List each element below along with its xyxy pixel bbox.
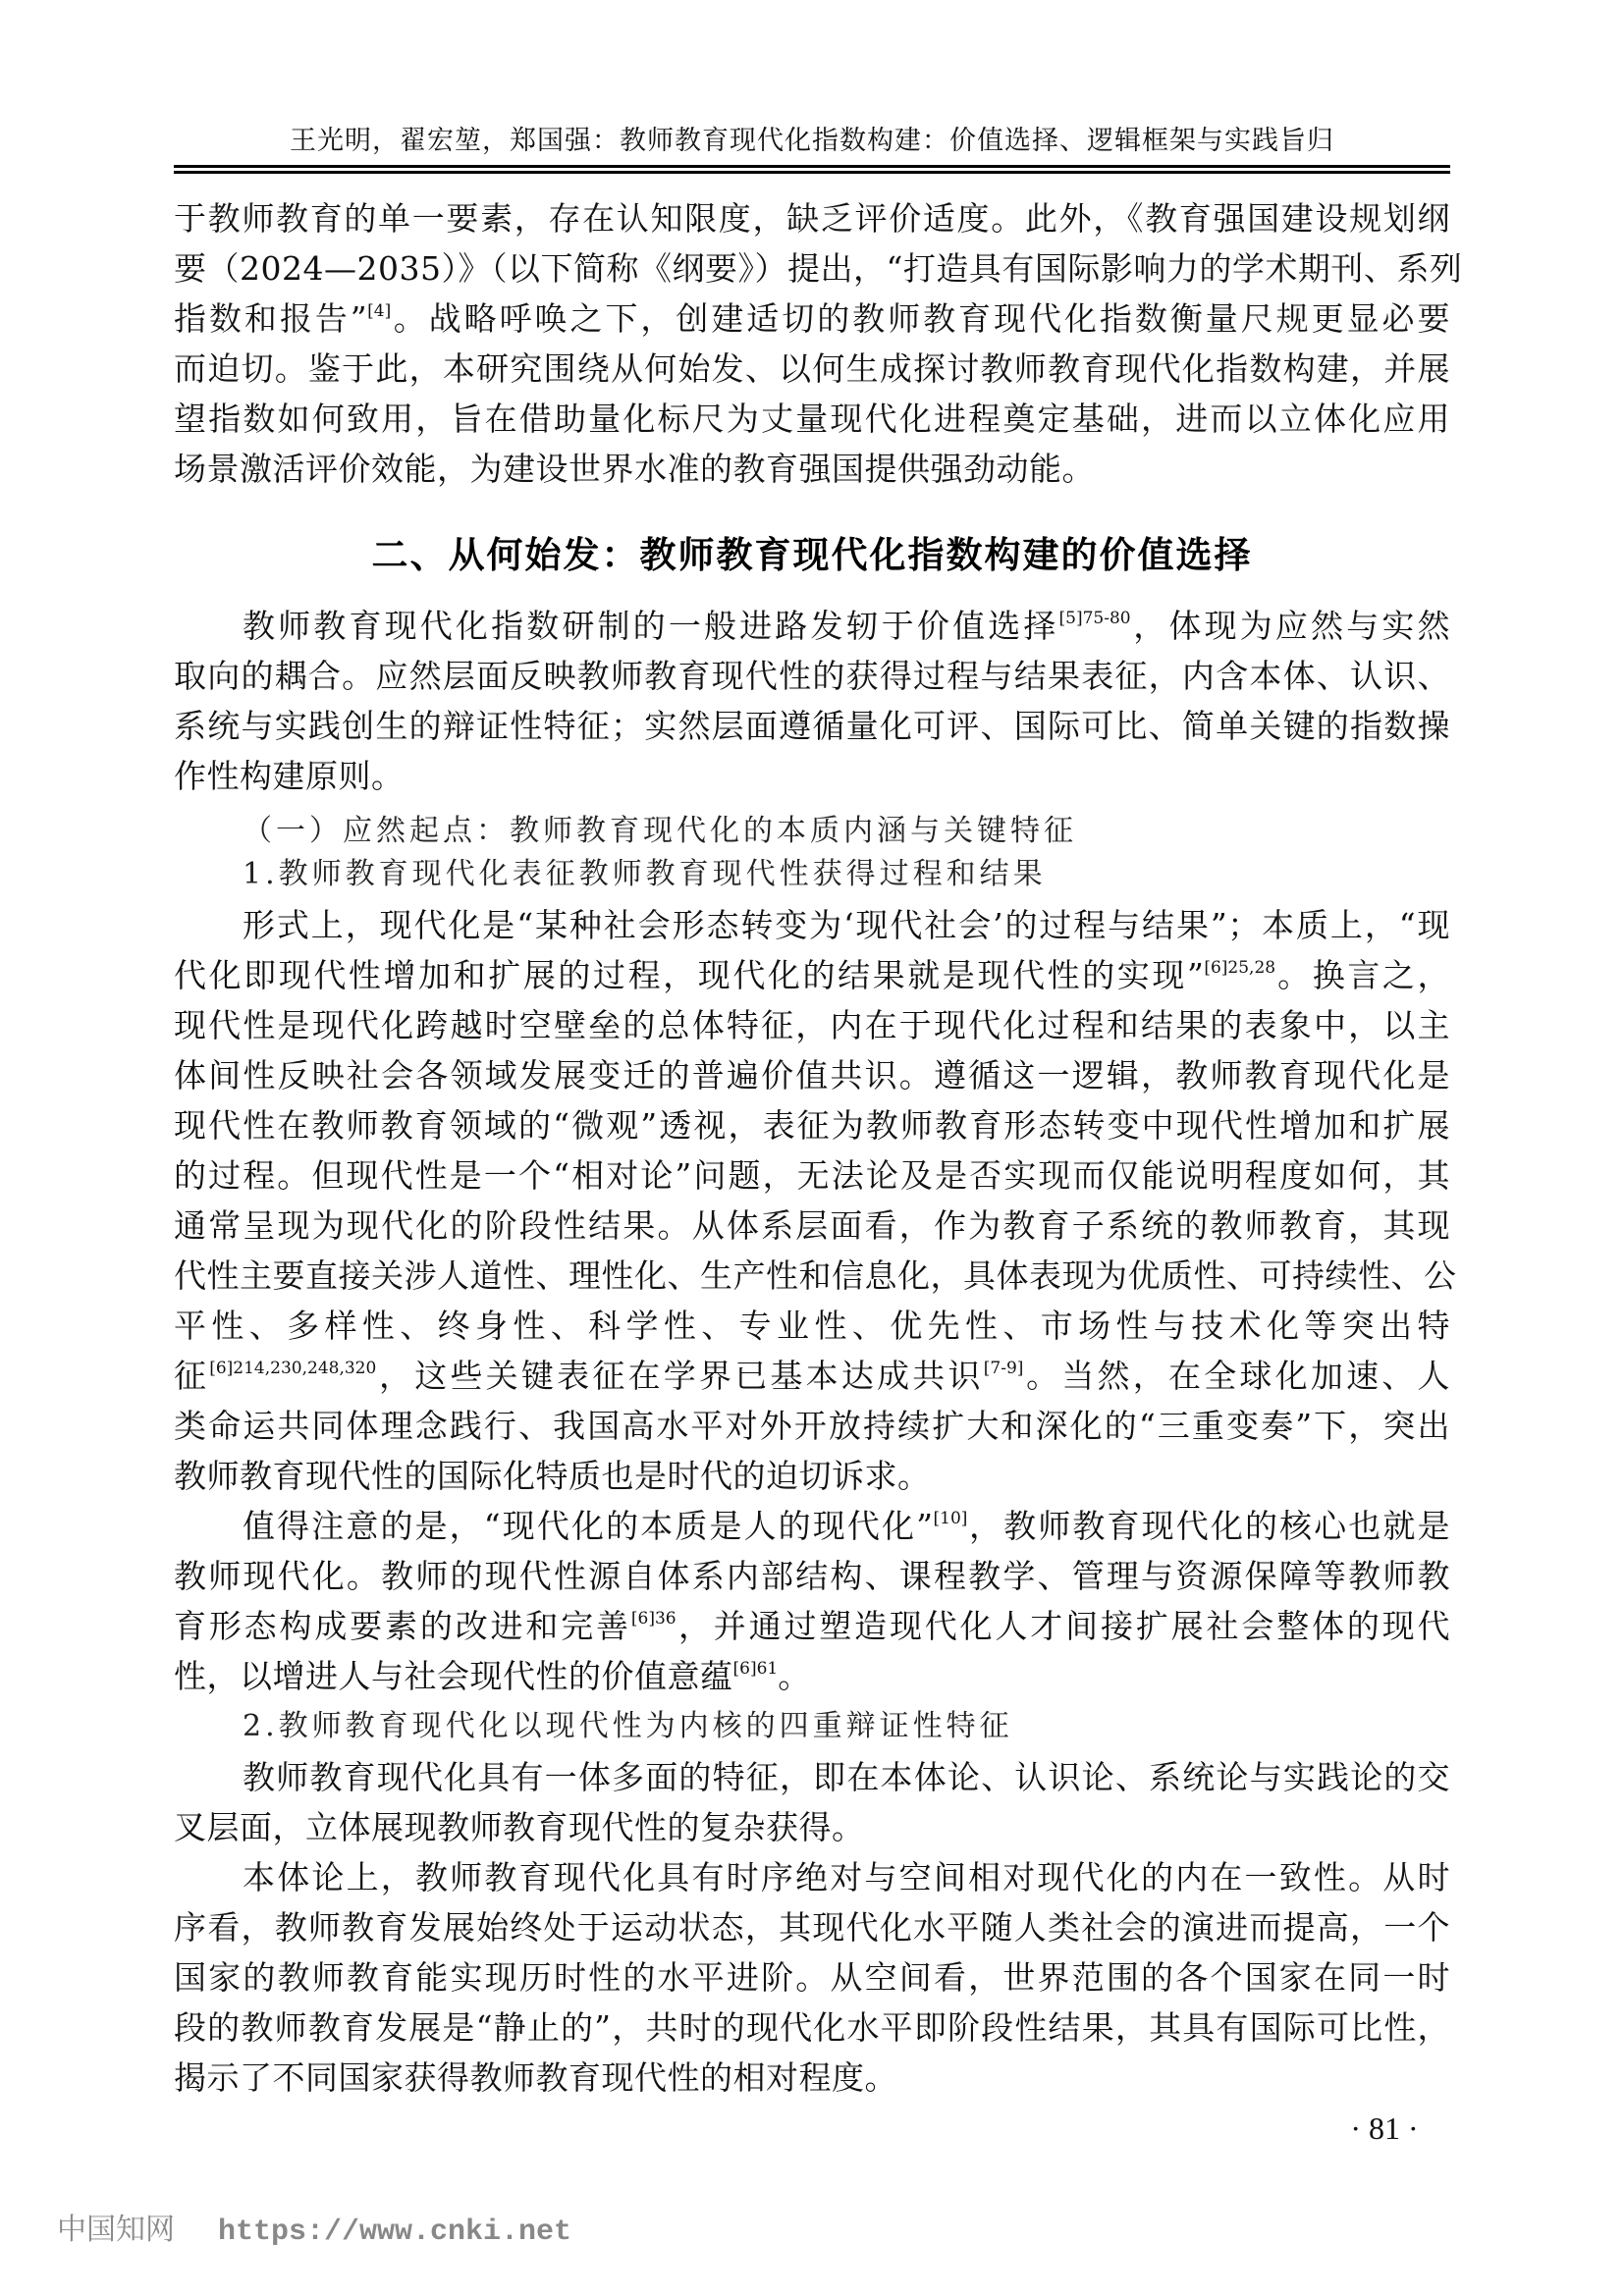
header-rule-thick xyxy=(174,165,1450,168)
text-line: 而迫切。鉴于此，本研究围绕从何始发、以何生成探讨教师教育现代化指数构建，并展 xyxy=(174,344,1450,394)
header-rule-thin xyxy=(174,171,1450,174)
text-line: 作性构建原则。 xyxy=(174,751,1450,801)
text-line: 取向的耦合。应然层面反映教师教育现代性的获得过程与结果表征，内含本体、认识、 xyxy=(174,651,1450,701)
paragraph-intro-end: 于教师教育的单一要素，存在认知限度，缺乏评价适度。此外，《教育强国建设规划纲要（… xyxy=(174,193,1450,494)
text-line: 系统与实践创生的辩证性特征；实然层面遵循量化可评、国际可比、简单关键的指数操 xyxy=(174,701,1450,751)
text-line: 形式上，现代化是“某种社会形态转变为‘现代社会’的过程与结果”；本质上，“现 xyxy=(174,900,1450,950)
text-line: 教师现代化。教师的现代性源自体系内部结构、课程教学、管理与资源保障等教师教 xyxy=(174,1551,1450,1601)
footer-site-name: 中国知网 xyxy=(57,2213,175,2247)
text-line: 的过程。但现代性是一个“相对论”问题，无法论及是否实现而仅能说明程度如何，其 xyxy=(174,1150,1450,1201)
paragraph-four-dialectics: 教师教育现代化具有一体多面的特征，即在本体论、认识论、系统论与实践论的交叉层面，… xyxy=(174,1752,1450,1852)
text-line: 叉层面，立体展现教师教育现代性的复杂获得。 xyxy=(174,1802,1450,1852)
citation-superscript: [10] xyxy=(934,1509,968,1528)
paragraph-value-selection: 教师教育现代化指数研制的一般进路发轫于价值选择[5]75-80，体现为应然与实然… xyxy=(174,601,1450,801)
paragraph-modernity-process: 形式上，现代化是“某种社会形态转变为‘现代社会’的过程与结果”；本质上，“现代化… xyxy=(174,900,1450,1501)
citation-superscript: [4] xyxy=(367,301,391,321)
citation-superscript: [5]75-80 xyxy=(1059,609,1131,628)
text-line: 场景激活评价效能，为建设世界水准的教育强国提供强劲动能。 xyxy=(174,444,1450,494)
text-line: 值得注意的是，“现代化的本质是人的现代化”[10]，教师教育现代化的核心也就是 xyxy=(174,1501,1450,1551)
text-line: 性，以增进人与社会现代性的价值意蕴[6]61。 xyxy=(174,1651,1450,1701)
text-line: 揭示了不同国家获得教师教育现代性的相对程度。 xyxy=(174,2053,1450,2103)
text-line: 于教师教育的单一要素，存在认知限度，缺乏评价适度。此外，《教育强国建设规划纲 xyxy=(174,193,1450,243)
paragraph-human-modernization: 值得注意的是，“现代化的本质是人的现代化”[10]，教师教育现代化的核心也就是教… xyxy=(174,1501,1450,1701)
text-line: 体间性反映社会各领域发展变迁的普遍价值共识。遵循这一逻辑，教师教育现代化是 xyxy=(174,1050,1450,1100)
text-line: 教师教育现代化指数研制的一般进路发轫于价值选择[5]75-80，体现为应然与实然 xyxy=(174,601,1450,651)
text-line: 现代性是现代化跨越时空壁垒的总体特征，内在于现代化过程和结果的表象中，以主 xyxy=(174,1000,1450,1050)
text-line: 段的教师教育发展是“静止的”，共时的现代化水平即阶段性结果，其具有国际可比性， xyxy=(174,2002,1450,2053)
footer-url[interactable]: https://www.cnki.net xyxy=(218,2216,571,2249)
page-number: · 81 · xyxy=(1335,2109,1434,2148)
text-line: 平性、多样性、终身性、科学性、专业性、优先性、市场性与技术化等突出特 xyxy=(174,1301,1450,1351)
text-line: 代化即现代性增加和扩展的过程，现代化的结果就是现代性的实现”[6]25,28。换… xyxy=(174,950,1450,1000)
text-line: 序看，教师教育发展始终处于运动状态，其现代化水平随人类社会的演进而提高，一个 xyxy=(174,1902,1450,1952)
text-line: 征[6]214,230,248,320，这些关键表征在学界已基本达成共识[7-9… xyxy=(174,1351,1450,1401)
text-line: 通常呈现为现代化的阶段性结果。从体系层面看，作为教育子系统的教师教育，其现 xyxy=(174,1201,1450,1251)
text-line: 国家的教师教育能实现历时性的水平进阶。从空间看，世界范围的各个国家在同一时 xyxy=(174,1952,1450,2002)
subheading-level-3-1: 1.教师教育现代化表征教师教育现代性获得过程和结果 xyxy=(243,849,1047,899)
text-line: 教师教育现代化具有一体多面的特征，即在本体论、认识论、系统论与实践论的交 xyxy=(174,1752,1450,1802)
text-line: 要（2024—2035）》（以下简称《纲要》）提出，“打造具有国际影响力的学术期… xyxy=(174,243,1450,294)
subheading-level-3-2: 2.教师教育现代化以现代性为内核的四重辩证性特征 xyxy=(243,1701,1013,1751)
citation-superscript: [6]61 xyxy=(733,1659,779,1679)
text-line: 教师教育现代性的国际化特质也是时代的迫切诉求。 xyxy=(174,1451,1450,1501)
section-heading: 二、从何始发：教师教育现代化指数构建的价值选择 xyxy=(174,528,1450,583)
text-line: 育形态构成要素的改进和完善[6]36，并通过塑造现代化人才间接扩展社会整体的现代 xyxy=(174,1601,1450,1651)
citation-superscript: [6]214,230,248,320 xyxy=(209,1359,376,1378)
paragraph-ontology: 本体论上，教师教育现代化具有时序绝对与空间相对现代化的内在一致性。从时序看，教师… xyxy=(174,1852,1450,2103)
citation-superscript: [6]25,28 xyxy=(1204,958,1275,978)
running-head: 王光明，翟宏堃，郑国强：教师教育现代化指数构建：价值选择、逻辑框架与实践旨归 xyxy=(174,126,1450,157)
citation-superscript: [6]36 xyxy=(631,1609,677,1629)
text-line: 指数和报告”[4]。战略呼唤之下，创建适切的教师教育现代化指数衡量尺规更显必要 xyxy=(174,294,1450,344)
text-line: 望指数如何致用，旨在借助量化标尺为丈量现代化进程奠定基础，进而以立体化应用 xyxy=(174,394,1450,444)
text-line: 本体论上，教师教育现代化具有时序绝对与空间相对现代化的内在一致性。从时 xyxy=(174,1852,1450,1902)
citation-superscript: [7-9] xyxy=(984,1359,1024,1378)
footer-watermark: 中国知网https://www.cnki.net xyxy=(57,2213,571,2250)
text-line: 现代性在教师教育领域的“微观”透视，表征为教师教育形态转变中现代性增加和扩展 xyxy=(174,1100,1450,1150)
text-line: 代性主要直接关涉人道性、理性化、生产性和信息化，具体表现为优质性、可持续性、公 xyxy=(174,1251,1450,1301)
text-line: 类命运共同体理念践行、我国高水平对外开放持续扩大和深化的“三重变奏”下，突出 xyxy=(174,1401,1450,1451)
